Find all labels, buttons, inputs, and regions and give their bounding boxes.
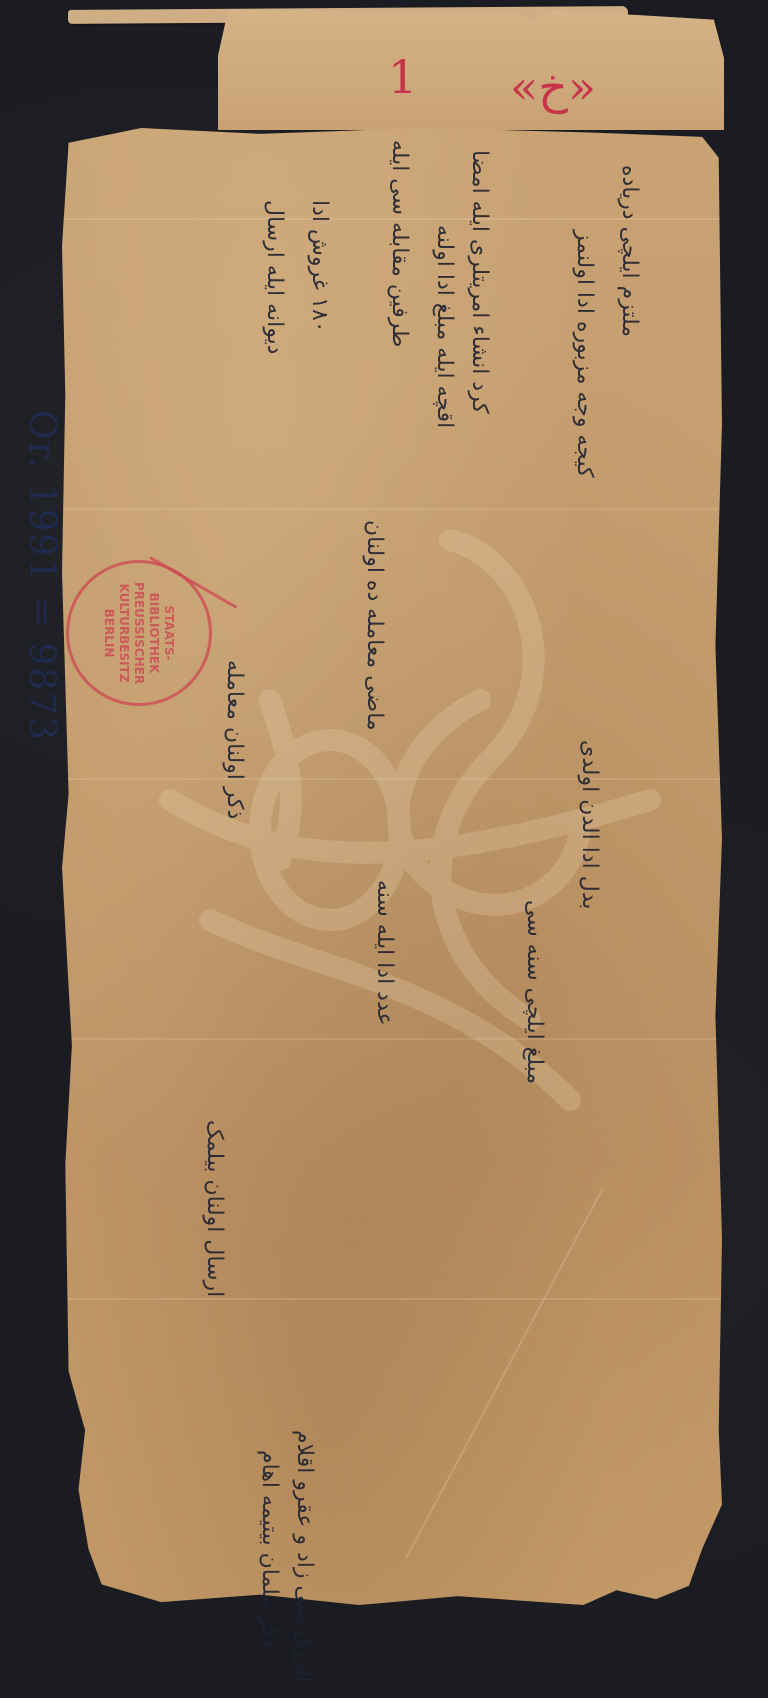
- handwriting-line: الرزق بیتی زاد و عقرو اقلام: [293, 1430, 315, 1683]
- handwriting-line: ملتزم ایلچی دریاده: [618, 165, 640, 337]
- paper-crease: [62, 508, 722, 510]
- stamp-line: BERLIN: [102, 609, 117, 658]
- stamp-line: STAATS-: [162, 605, 177, 660]
- handwriting-line: اقچه ایله مبلغ ادا اولنه: [433, 225, 455, 428]
- handwriting-line: ۱۸۰ غروش ادا: [308, 200, 330, 333]
- handwriting-line: کرد انشاء امریتلری ایله امضا: [468, 150, 490, 414]
- handwriting-line: ذکر اولنان معامله: [223, 660, 245, 819]
- handwriting-line: عدد ادا ایله سنه: [373, 880, 395, 1026]
- folio-number-label: 1: [388, 54, 417, 100]
- handwriting-line: طرفین مقابله سی ایله: [388, 140, 410, 347]
- shelfmark: Or. 1991 = 9873: [21, 410, 62, 742]
- paper-crease: [405, 1188, 604, 1560]
- paper-top-tab: [218, 10, 724, 130]
- handwriting-line: ذکر بیلمان بیتیمه اهام: [258, 1450, 280, 1648]
- letter-code-label: «خ»: [510, 64, 596, 110]
- manuscript-page: [62, 128, 722, 1608]
- handwriting-line: دیوانه ایله ارسال: [263, 200, 285, 354]
- handwriting-line: ماضی معامله ده اولنان: [363, 520, 385, 731]
- stamp-line: KULTURBESITZ: [117, 584, 132, 683]
- handwriting-line: ارسال اولنان بیلمک: [203, 1120, 225, 1297]
- paper-crease: [62, 1038, 722, 1040]
- handwriting-line: مبلغ ایلچی سنه سی: [523, 900, 545, 1084]
- paper-crease: [62, 1298, 722, 1300]
- handwriting-line: کیجه وجه مزبوره ادا اولنمز: [573, 230, 595, 478]
- stamp-line: BIBLIOTHEK: [147, 593, 162, 674]
- stamp-line: PREUSSISCHER: [132, 582, 147, 684]
- handwriting-line: بدل ادا الدن اولدی: [578, 740, 600, 909]
- paper-crease: [62, 778, 722, 780]
